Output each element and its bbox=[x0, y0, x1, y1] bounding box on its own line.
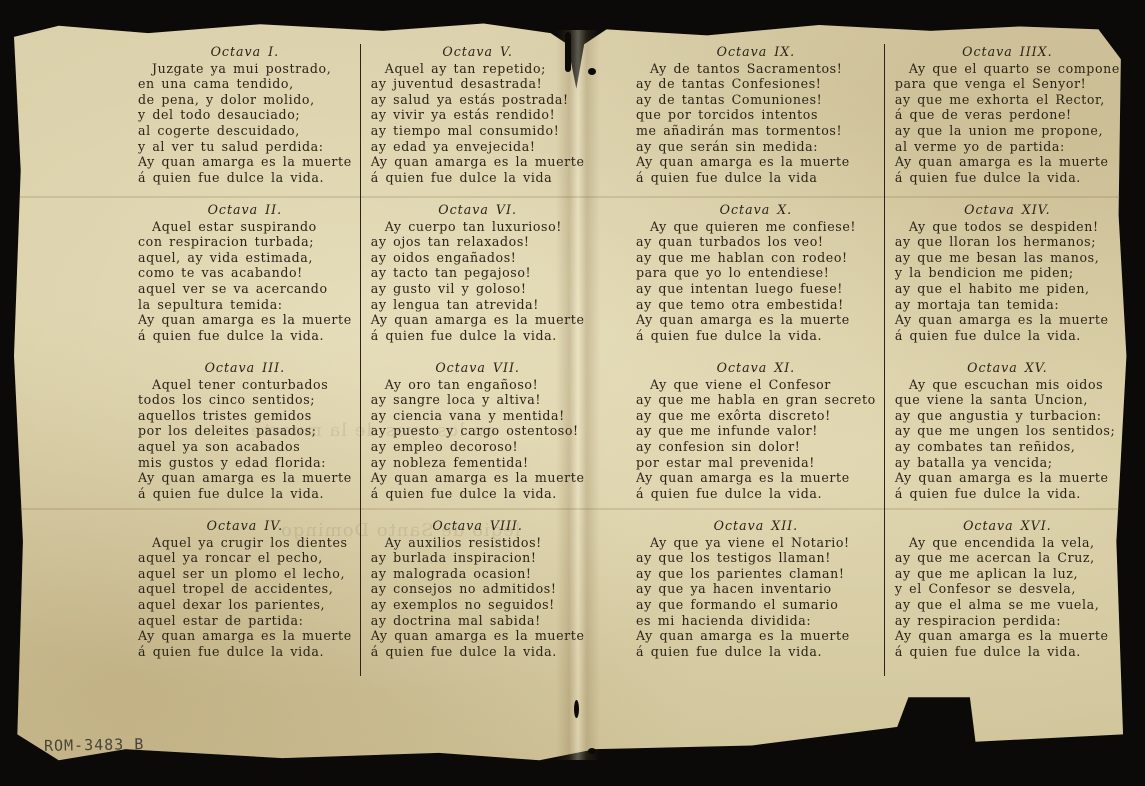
refrain-line: á quien fue dulce la vida. bbox=[636, 644, 876, 660]
refrain-line: á quien fue dulce la vida bbox=[371, 170, 585, 186]
verse-line: como te vas acabando! bbox=[138, 265, 352, 281]
verse-line: todos los cinco sentidos; bbox=[138, 392, 352, 408]
verse-line: aquel ya roncar el pecho, bbox=[138, 550, 352, 566]
verse-line: ay que me hablan con rodeo! bbox=[636, 250, 876, 266]
verse-line: ay juventud desastrada! bbox=[371, 76, 585, 92]
stanza-title: Octava XIV. bbox=[895, 202, 1120, 218]
wormhole bbox=[588, 748, 596, 754]
stanza-title: Octava IIIX. bbox=[895, 44, 1120, 60]
stanza-octava-8: Octava VIII. Ay auxilios resistidos! ay … bbox=[371, 518, 585, 676]
refrain-line: á quien fue dulce la vida. bbox=[138, 486, 352, 502]
stanza-title: Octava IV. bbox=[138, 518, 352, 534]
verse-line: ay tiempo mal consumido! bbox=[371, 123, 585, 139]
verse-line: aquel ser un plomo el lecho, bbox=[138, 566, 352, 582]
left-page-column-1: Octava I. Juzgate ya mui postrado, en un… bbox=[138, 44, 361, 676]
verse-line: ay que ya hacen inventario bbox=[636, 581, 876, 597]
verse-line: ay de tantas Comuniones! bbox=[636, 92, 876, 108]
verse-line: la sepultura temida: bbox=[138, 297, 352, 313]
refrain-line: Ay quan amarga es la muerte bbox=[895, 312, 1120, 328]
right-page: Octava IX. Ay de tantos Sacramentos! ay … bbox=[636, 44, 1036, 676]
refrain-line: Ay quan amarga es la muerte bbox=[636, 470, 876, 486]
verse-line: en una cama tendido, bbox=[138, 76, 352, 92]
verse-line: ay que angustia y turbacion: bbox=[895, 408, 1120, 424]
stanza-octava-1: Octava I. Juzgate ya mui postrado, en un… bbox=[138, 44, 352, 202]
verse-line: ay que formando el sumario bbox=[636, 597, 876, 613]
verse-line: para que yo lo entendiese! bbox=[636, 265, 876, 281]
verse-line: ay que serán sin medida: bbox=[636, 139, 876, 155]
wormhole bbox=[574, 700, 579, 718]
verse-line: ay burlada inspiracion! bbox=[371, 550, 585, 566]
verse-line: ay lengua tan atrevida! bbox=[371, 297, 585, 313]
refrain-line: á quien fue dulce la vida. bbox=[636, 328, 876, 344]
refrain-line: Ay quan amarga es la muerte bbox=[895, 628, 1120, 644]
verse-line: ay oidos engañados! bbox=[371, 250, 585, 266]
verse-line: me añadirán mas tormentos! bbox=[636, 123, 876, 139]
verse-line: ay que lloran los hermanos; bbox=[895, 234, 1120, 250]
refrain-line: Ay quan amarga es la muerte bbox=[636, 628, 876, 644]
verse-line: ay empleo decoroso! bbox=[371, 439, 585, 455]
verse-line: por los deleites pasados; bbox=[138, 423, 352, 439]
stanza-title: Octava XII. bbox=[636, 518, 876, 534]
verse-line: ay mortaja tan temida: bbox=[895, 297, 1120, 313]
stanza-octava-11: Octava XI. Ay que viene el Confesor ay q… bbox=[636, 360, 876, 518]
stanza-title: Octava III. bbox=[138, 360, 352, 376]
verse-line: ay que me infunde valor! bbox=[636, 423, 876, 439]
verse-line: Aquel ya crugir los dientes bbox=[138, 535, 352, 551]
verse-line: ay sangre loca y altiva! bbox=[371, 392, 585, 408]
stanza-title: Octava VII. bbox=[371, 360, 585, 376]
stanza-title: Octava II. bbox=[138, 202, 352, 218]
shelfmark-annotation: ROM-3483 B bbox=[44, 735, 145, 755]
verse-line: ay quan turbados los veo! bbox=[636, 234, 876, 250]
refrain-line: Ay quan amarga es la muerte bbox=[895, 470, 1120, 486]
verse-line: Ay oro tan engañoso! bbox=[371, 377, 585, 393]
verse-line: al cogerte descuidado, bbox=[138, 123, 352, 139]
right-page-column-2: Octava IIIX. Ay que el quarto se compone… bbox=[885, 44, 1120, 676]
verse-line: ay batalla ya vencida; bbox=[895, 455, 1120, 471]
verse-line: ay consejos no admitidos! bbox=[371, 581, 585, 597]
verse-line: al verme yo de partida: bbox=[895, 139, 1120, 155]
wormhole bbox=[614, 750, 624, 759]
verse-line: Aquel tener conturbados bbox=[138, 377, 352, 393]
refrain-line: Ay quan amarga es la muerte bbox=[895, 154, 1120, 170]
verse-line: aquel dexar los parientes, bbox=[138, 597, 352, 613]
refrain-line: Ay quan amarga es la muerte bbox=[371, 628, 585, 644]
stanza-octava-9: Octava IX. Ay de tantos Sacramentos! ay … bbox=[636, 44, 876, 202]
verse-line: ay malograda ocasion! bbox=[371, 566, 585, 582]
stanza-title: Octava I. bbox=[138, 44, 352, 60]
wormhole bbox=[588, 68, 596, 75]
refrain-line: á quien fue dulce la vida. bbox=[371, 486, 585, 502]
verse-line: ay que me habla en gran secreto bbox=[636, 392, 876, 408]
stanza-title: Octava IX. bbox=[636, 44, 876, 60]
verse-line: aquel ya son acabados bbox=[138, 439, 352, 455]
verse-line: ay de tantas Confesiones! bbox=[636, 76, 876, 92]
stanza-title: Octava VI. bbox=[371, 202, 585, 218]
verse-line: aquel, ay vida estimada, bbox=[138, 250, 352, 266]
refrain-line: Ay quan amarga es la muerte bbox=[138, 154, 352, 170]
stanza-octava-16: Octava XVI. Ay que encendida la vela, ay… bbox=[895, 518, 1120, 676]
verse-line: ay que me besan las manos, bbox=[895, 250, 1120, 266]
verse-line: Ay de tantos Sacramentos! bbox=[636, 61, 876, 77]
refrain-line: á quien fue dulce la vida. bbox=[895, 328, 1120, 344]
refrain-line: Ay quan amarga es la muerte bbox=[371, 312, 585, 328]
verse-line: por estar mal prevenida! bbox=[636, 455, 876, 471]
refrain-line: Ay quan amarga es la muerte bbox=[138, 470, 352, 486]
refrain-line: á quien fue dulce la vida. bbox=[371, 328, 585, 344]
verse-line: Aquel estar suspirando bbox=[138, 219, 352, 235]
stanza-octava-7: Octava VII. Ay oro tan engañoso! ay sang… bbox=[371, 360, 585, 518]
verse-line: ay doctrina mal sabida! bbox=[371, 613, 585, 629]
verse-line: ay que temo otra embestida! bbox=[636, 297, 876, 313]
refrain-line: Ay quan amarga es la muerte bbox=[371, 154, 585, 170]
verse-line: ay exemplos no seguidos! bbox=[371, 597, 585, 613]
refrain-line: á quien fue dulce la vida. bbox=[895, 170, 1120, 186]
verse-line: ay que me exhorta el Rector, bbox=[895, 92, 1120, 108]
verse-line: Ay que viene el Confesor bbox=[636, 377, 876, 393]
stanza-octava-10: Octava X. Ay que quieren me confiese! ay… bbox=[636, 202, 876, 360]
refrain-line: Ay quan amarga es la muerte bbox=[138, 312, 352, 328]
verse-line: que viene la santa Uncion, bbox=[895, 392, 1120, 408]
verse-line: Ay que quieren me confiese! bbox=[636, 219, 876, 235]
verse-line: Ay que escuchan mis oidos bbox=[895, 377, 1120, 393]
verse-line: ay que la union me propone, bbox=[895, 123, 1120, 139]
verse-line: ay que el alma se me vuela, bbox=[895, 597, 1120, 613]
verse-line: que por torcidos intentos bbox=[636, 107, 876, 123]
verse-line: Ay cuerpo tan luxurioso! bbox=[371, 219, 585, 235]
verse-line: ay puesto y cargo ostentoso! bbox=[371, 423, 585, 439]
verse-line: aquel ver se va acercando bbox=[138, 281, 352, 297]
verse-line: ay tacto tan pegajoso! bbox=[371, 265, 585, 281]
verse-line: Aquel ay tan repetido; bbox=[371, 61, 585, 77]
refrain-line: Ay quan amarga es la muerte bbox=[636, 154, 876, 170]
wormhole bbox=[702, 749, 708, 755]
stanza-octava-6: Octava VI. Ay cuerpo tan luxurioso! ay o… bbox=[371, 202, 585, 360]
stanza-octava-4: Octava IV. Aquel ya crugir los dientes a… bbox=[138, 518, 352, 676]
stanza-title: Octava XVI. bbox=[895, 518, 1120, 534]
left-page: Octava I. Juzgate ya mui postrado, en un… bbox=[138, 44, 538, 676]
verse-line: ay vivir ya estás rendido! bbox=[371, 107, 585, 123]
stanza-octava-12: Octava XII. Ay que ya viene el Notario! … bbox=[636, 518, 876, 676]
verse-line: con respiracion turbada; bbox=[138, 234, 352, 250]
refrain-line: á quien fue dulce la vida bbox=[636, 170, 876, 186]
stanza-title: Octava XI. bbox=[636, 360, 876, 376]
stanza-title: Octava VIII. bbox=[371, 518, 585, 534]
refrain-line: á quien fue dulce la vida. bbox=[895, 486, 1120, 502]
verse-line: para que venga el Senyor! bbox=[895, 76, 1120, 92]
verse-line: ay confesion sin dolor! bbox=[636, 439, 876, 455]
verse-line: y del todo desauciado; bbox=[138, 107, 352, 123]
verse-line: y la bendicion me piden; bbox=[895, 265, 1120, 281]
verse-line: y el Confesor se desvela, bbox=[895, 581, 1120, 597]
stanza-title: Octava XV. bbox=[895, 360, 1120, 376]
refrain-line: á quien fue dulce la vida. bbox=[138, 644, 352, 660]
stanza-octava-2: Octava II. Aquel estar suspirando con re… bbox=[138, 202, 352, 360]
verse-line: ay que me exôrta discreto! bbox=[636, 408, 876, 424]
verse-line: ay salud ya estás postrada! bbox=[371, 92, 585, 108]
verse-line: ay que me aplican la luz, bbox=[895, 566, 1120, 582]
stanza-octava-3: Octava III. Aquel tener conturbados todo… bbox=[138, 360, 352, 518]
verse-line: ay que me ungen los sentidos; bbox=[895, 423, 1120, 439]
refrain-line: á quien fue dulce la vida. bbox=[371, 644, 585, 660]
refrain-line: á quien fue dulce la vida. bbox=[138, 328, 352, 344]
refrain-line: Ay quan amarga es la muerte bbox=[371, 470, 585, 486]
verse-line: es mi hacienda dividida: bbox=[636, 613, 876, 629]
verse-line: Ay que el quarto se compone bbox=[895, 61, 1120, 77]
verse-line: Juzgate ya mui postrado, bbox=[138, 61, 352, 77]
verse-line: ay que me acercan la Cruz, bbox=[895, 550, 1120, 566]
stanza-title: Octava X. bbox=[636, 202, 876, 218]
verse-line: aquel estar de partida: bbox=[138, 613, 352, 629]
left-page-column-2: Octava V. Aquel ay tan repetido; ay juve… bbox=[361, 44, 585, 676]
verse-line: Ay que encendida la vela, bbox=[895, 535, 1120, 551]
verse-line: de pena, y dolor molido, bbox=[138, 92, 352, 108]
stanza-title: Octava V. bbox=[371, 44, 585, 60]
refrain-line: á quien fue dulce la vida. bbox=[636, 486, 876, 502]
verse-line: ay que intentan luego fuese! bbox=[636, 281, 876, 297]
verse-line: á que de veras perdone! bbox=[895, 107, 1120, 123]
verse-line: ay ojos tan relaxados! bbox=[371, 234, 585, 250]
stanza-octava-5: Octava V. Aquel ay tan repetido; ay juve… bbox=[371, 44, 585, 202]
refrain-line: á quien fue dulce la vida. bbox=[895, 644, 1120, 660]
verse-line: aquellos tristes gemidos bbox=[138, 408, 352, 424]
refrain-line: Ay quan amarga es la muerte bbox=[138, 628, 352, 644]
verse-line: aquel tropel de accidentes, bbox=[138, 581, 352, 597]
verse-line: ay gusto vil y goloso! bbox=[371, 281, 585, 297]
refrain-line: Ay quan amarga es la muerte bbox=[636, 312, 876, 328]
refrain-line: á quien fue dulce la vida. bbox=[138, 170, 352, 186]
verse-line: ay que los testigos llaman! bbox=[636, 550, 876, 566]
verse-line: ay nobleza fementida! bbox=[371, 455, 585, 471]
verse-line: Ay auxilios resistidos! bbox=[371, 535, 585, 551]
verse-line: y al ver tu salud perdida: bbox=[138, 139, 352, 155]
verse-line: ay que los parientes claman! bbox=[636, 566, 876, 582]
verse-line: Ay que todos se despiden! bbox=[895, 219, 1120, 235]
verse-line: ay que el habito me piden, bbox=[895, 281, 1120, 297]
right-page-column-1: Octava IX. Ay de tantos Sacramentos! ay … bbox=[636, 44, 885, 676]
verse-line: ay respiracion perdida: bbox=[895, 613, 1120, 629]
verse-line: ay ciencia vana y mentida! bbox=[371, 408, 585, 424]
stanza-octava-14: Octava XIV. Ay que todos se despiden! ay… bbox=[895, 202, 1120, 360]
verse-line: ay edad ya envejecida! bbox=[371, 139, 585, 155]
verse-line: ay combates tan reñidos, bbox=[895, 439, 1120, 455]
verse-line: mis gustos y edad florida: bbox=[138, 455, 352, 471]
verse-line: Ay que ya viene el Notario! bbox=[636, 535, 876, 551]
stanza-octava-15: Octava XV. Ay que escuchan mis oidos que… bbox=[895, 360, 1120, 518]
stanza-octava-13: Octava IIIX. Ay que el quarto se compone… bbox=[895, 44, 1120, 202]
